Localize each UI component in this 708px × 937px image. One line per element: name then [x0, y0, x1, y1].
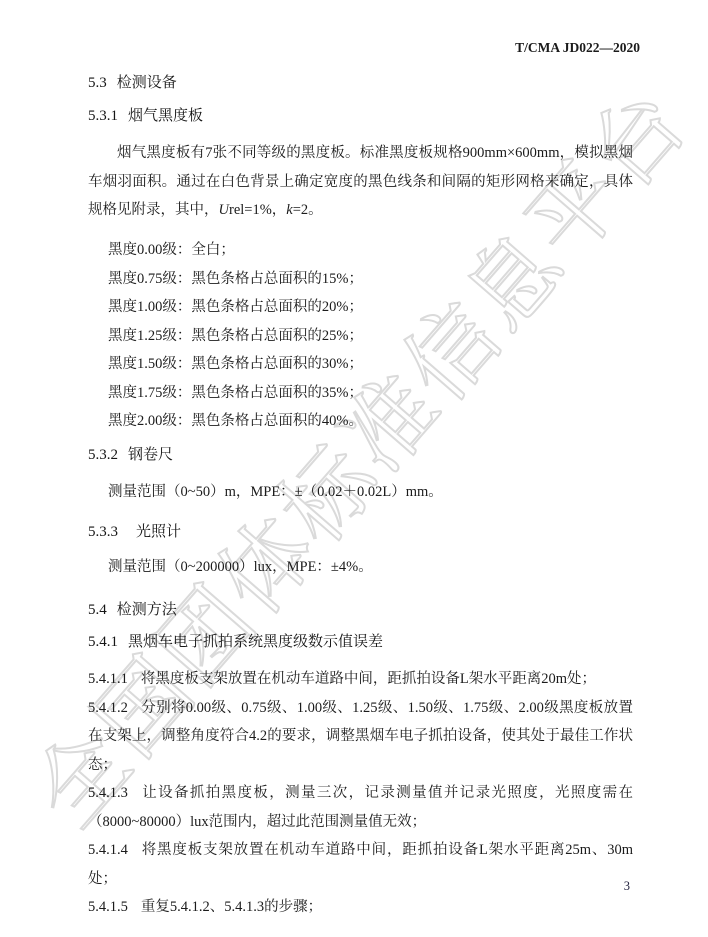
grade-item: 黑度1.25级：黑色条格占总面积的25%； [108, 322, 633, 351]
paragraph-text: =2。 [293, 202, 323, 218]
heading-title: 钢卷尺 [128, 446, 173, 463]
step-text: 让设备抓拍黑度板，测量三次，记录测量值并记录光照度，光照度需在（8000~800… [88, 785, 633, 830]
step-text: 将黑度板支架放置在机动车道路中间，距抓拍设备L架水平距离25m、30m处； [88, 842, 633, 887]
procedure-steps: 5.4.1.1将黑度板支架放置在机动车道路中间，距抓拍设备L架水平距离20m处；… [88, 665, 633, 922]
heading-title: 检测方法 [117, 601, 177, 618]
paragraph-text: 烟气黑度板有7张不同等级的黑度板。标准黑度板规格900mm×600mm，模拟黑烟… [88, 145, 633, 218]
step-item: 5.4.1.3让设备抓拍黑度板，测量三次，记录测量值并记录光照度，光照度需在（8… [88, 779, 633, 836]
heading-number: 5.4.1 [88, 634, 118, 650]
heading-5-3-3: 5.3.3光照计 [88, 523, 181, 541]
grade-item: 黑度1.00级：黑色条格占总面积的20%； [108, 293, 633, 322]
grade-item: 黑度1.50级：黑色条格占总面积的30%； [108, 350, 633, 379]
heading-title: 光照计 [136, 523, 181, 540]
illuminometer-spec: 测量范围（0~200000）lux，MPE：±4%。 [88, 553, 633, 582]
step-item: 5.4.1.5重复5.4.1.2、5.4.1.3的步骤； [88, 893, 633, 922]
page-number: 3 [624, 879, 630, 894]
doc-number: T/CMA JD022—2020 [515, 40, 640, 56]
step-number: 5.4.1.3 [88, 785, 128, 801]
heading-number: 5.3.3 [88, 524, 118, 540]
step-number: 5.4.1.1 [88, 671, 128, 687]
document-body: 5.3检测设备 5.3.1烟气黑度板 烟气黑度板有7张不同等级的黑度板。标准黑度… [88, 0, 633, 937]
heading-number: 5.4 [88, 602, 107, 618]
variable-u: U [219, 202, 229, 218]
heading-5-4: 5.4检测方法 [88, 601, 177, 619]
heading-5-3: 5.3检测设备 [88, 74, 177, 92]
step-text: 将黑度板支架放置在机动车道路中间，距抓拍设备L架水平距离20m处； [141, 671, 596, 687]
heading-number: 5.3 [88, 75, 107, 91]
step-text: 重复5.4.1.2、5.4.1.3的步骤； [141, 899, 322, 915]
paragraph-text: rel=1%， [229, 202, 286, 218]
tape-measure-spec: 测量范围（0~50）m，MPE：±（0.02＋0.02L）mm。 [88, 478, 633, 507]
heading-title: 黑烟车电子抓拍系统黑度级数示值误差 [128, 633, 383, 650]
smoke-blackness-paragraph: 烟气黑度板有7张不同等级的黑度板。标准黑度板规格900mm×600mm，模拟黑烟… [88, 139, 633, 225]
grade-item: 黑度0.75级：黑色条格占总面积的15%； [108, 265, 633, 294]
step-number: 5.4.1.4 [88, 842, 128, 858]
heading-number: 5.3.2 [88, 447, 118, 463]
step-item: 5.4.1.1将黑度板支架放置在机动车道路中间，距抓拍设备L架水平距离20m处； [88, 665, 633, 694]
grade-item: 黑度1.75级：黑色条格占总面积的35%； [108, 379, 633, 408]
grade-item: 黑度2.00级：黑色条格占总面积的40%。 [108, 407, 633, 436]
heading-number: 5.3.1 [88, 108, 118, 124]
step-number: 5.4.1.5 [88, 899, 128, 915]
grade-list: 黑度0.00级：全白； 黑度0.75级：黑色条格占总面积的15%； 黑度1.00… [88, 236, 633, 436]
step-text: 分别将0.00级、0.75级、1.00级、1.25级、1.50级、1.75级、2… [88, 700, 633, 773]
step-item: 5.4.1.2分别将0.00级、0.75级、1.00级、1.25级、1.50级、… [88, 694, 633, 780]
heading-title: 烟气黑度板 [128, 107, 203, 124]
heading-title: 检测设备 [117, 74, 177, 91]
heading-5-3-2: 5.3.2钢卷尺 [88, 446, 173, 464]
step-item: 5.4.1.4将黑度板支架放置在机动车道路中间，距抓拍设备L架水平距离25m、3… [88, 836, 633, 893]
heading-5-4-1: 5.4.1黑烟车电子抓拍系统黑度级数示值误差 [88, 633, 383, 651]
heading-5-3-1: 5.3.1烟气黑度板 [88, 107, 203, 125]
grade-item: 黑度0.00级：全白； [108, 236, 633, 265]
step-number: 5.4.1.2 [88, 700, 128, 716]
